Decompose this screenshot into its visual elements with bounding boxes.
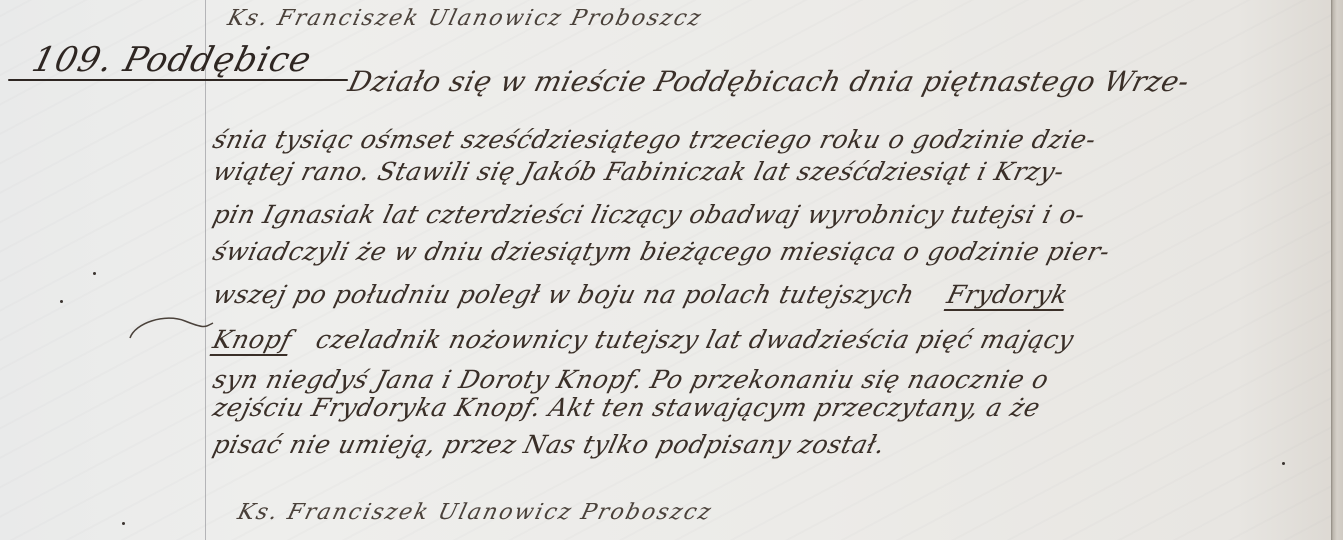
record-line-6: wszej po południu poległ w boju na polac… bbox=[210, 280, 1071, 309]
record-line-2: śnia tysiąc ośmset sześćdziesiątego trze… bbox=[210, 125, 1099, 154]
margin-flourish-icon bbox=[125, 313, 215, 343]
record-line-10: pisać nie umieją, przez Nas tylko podpis… bbox=[210, 430, 888, 459]
bottom-signature: Ks. Franciszek Ulanowicz Proboszcz bbox=[235, 500, 715, 525]
record-line-1: Działo się w mieście Poddębicach dnia pi… bbox=[345, 65, 1193, 98]
record-line-5: świadczyli że w dniu dziesiątym bieżąceg… bbox=[210, 237, 1113, 266]
record-line-7: Knopf czeladnik nożownicy tutejszy lat d… bbox=[210, 325, 1077, 354]
record-line-3: wiątej rano. Stawili się Jakób Fabinicza… bbox=[210, 157, 1067, 186]
margin-rule bbox=[205, 0, 206, 540]
entry-heading: 109. Poddębice bbox=[28, 40, 316, 80]
deceased-surname: Knopf bbox=[210, 325, 295, 354]
record-line-9: zejściu Frydoryka Knopf. Akt ten stawają… bbox=[210, 393, 1043, 422]
ink-speck bbox=[93, 272, 96, 275]
page-edge bbox=[1331, 0, 1343, 540]
record-line-6-text: wszej po południu poległ w boju na polac… bbox=[210, 280, 918, 309]
top-signature: Ks. Franciszek Ulanowicz Proboszcz bbox=[225, 6, 705, 31]
deceased-first-name: Frydoryk bbox=[944, 280, 1071, 309]
ink-speck bbox=[122, 522, 125, 525]
record-line-8: syn niegdyś Jana i Doroty Knopf. Po prze… bbox=[210, 365, 1052, 394]
entry-heading-underline bbox=[8, 79, 348, 81]
record-line-7-text: czeladnik nożownicy tutejszy lat dwadzie… bbox=[313, 325, 1077, 354]
ink-speck bbox=[1282, 462, 1285, 465]
ink-speck bbox=[60, 300, 63, 303]
register-page: Ks. Franciszek Ulanowicz Proboszcz 109. … bbox=[0, 0, 1343, 540]
record-line-4: pin Ignasiak lat czterdzieści liczący ob… bbox=[210, 200, 1088, 229]
